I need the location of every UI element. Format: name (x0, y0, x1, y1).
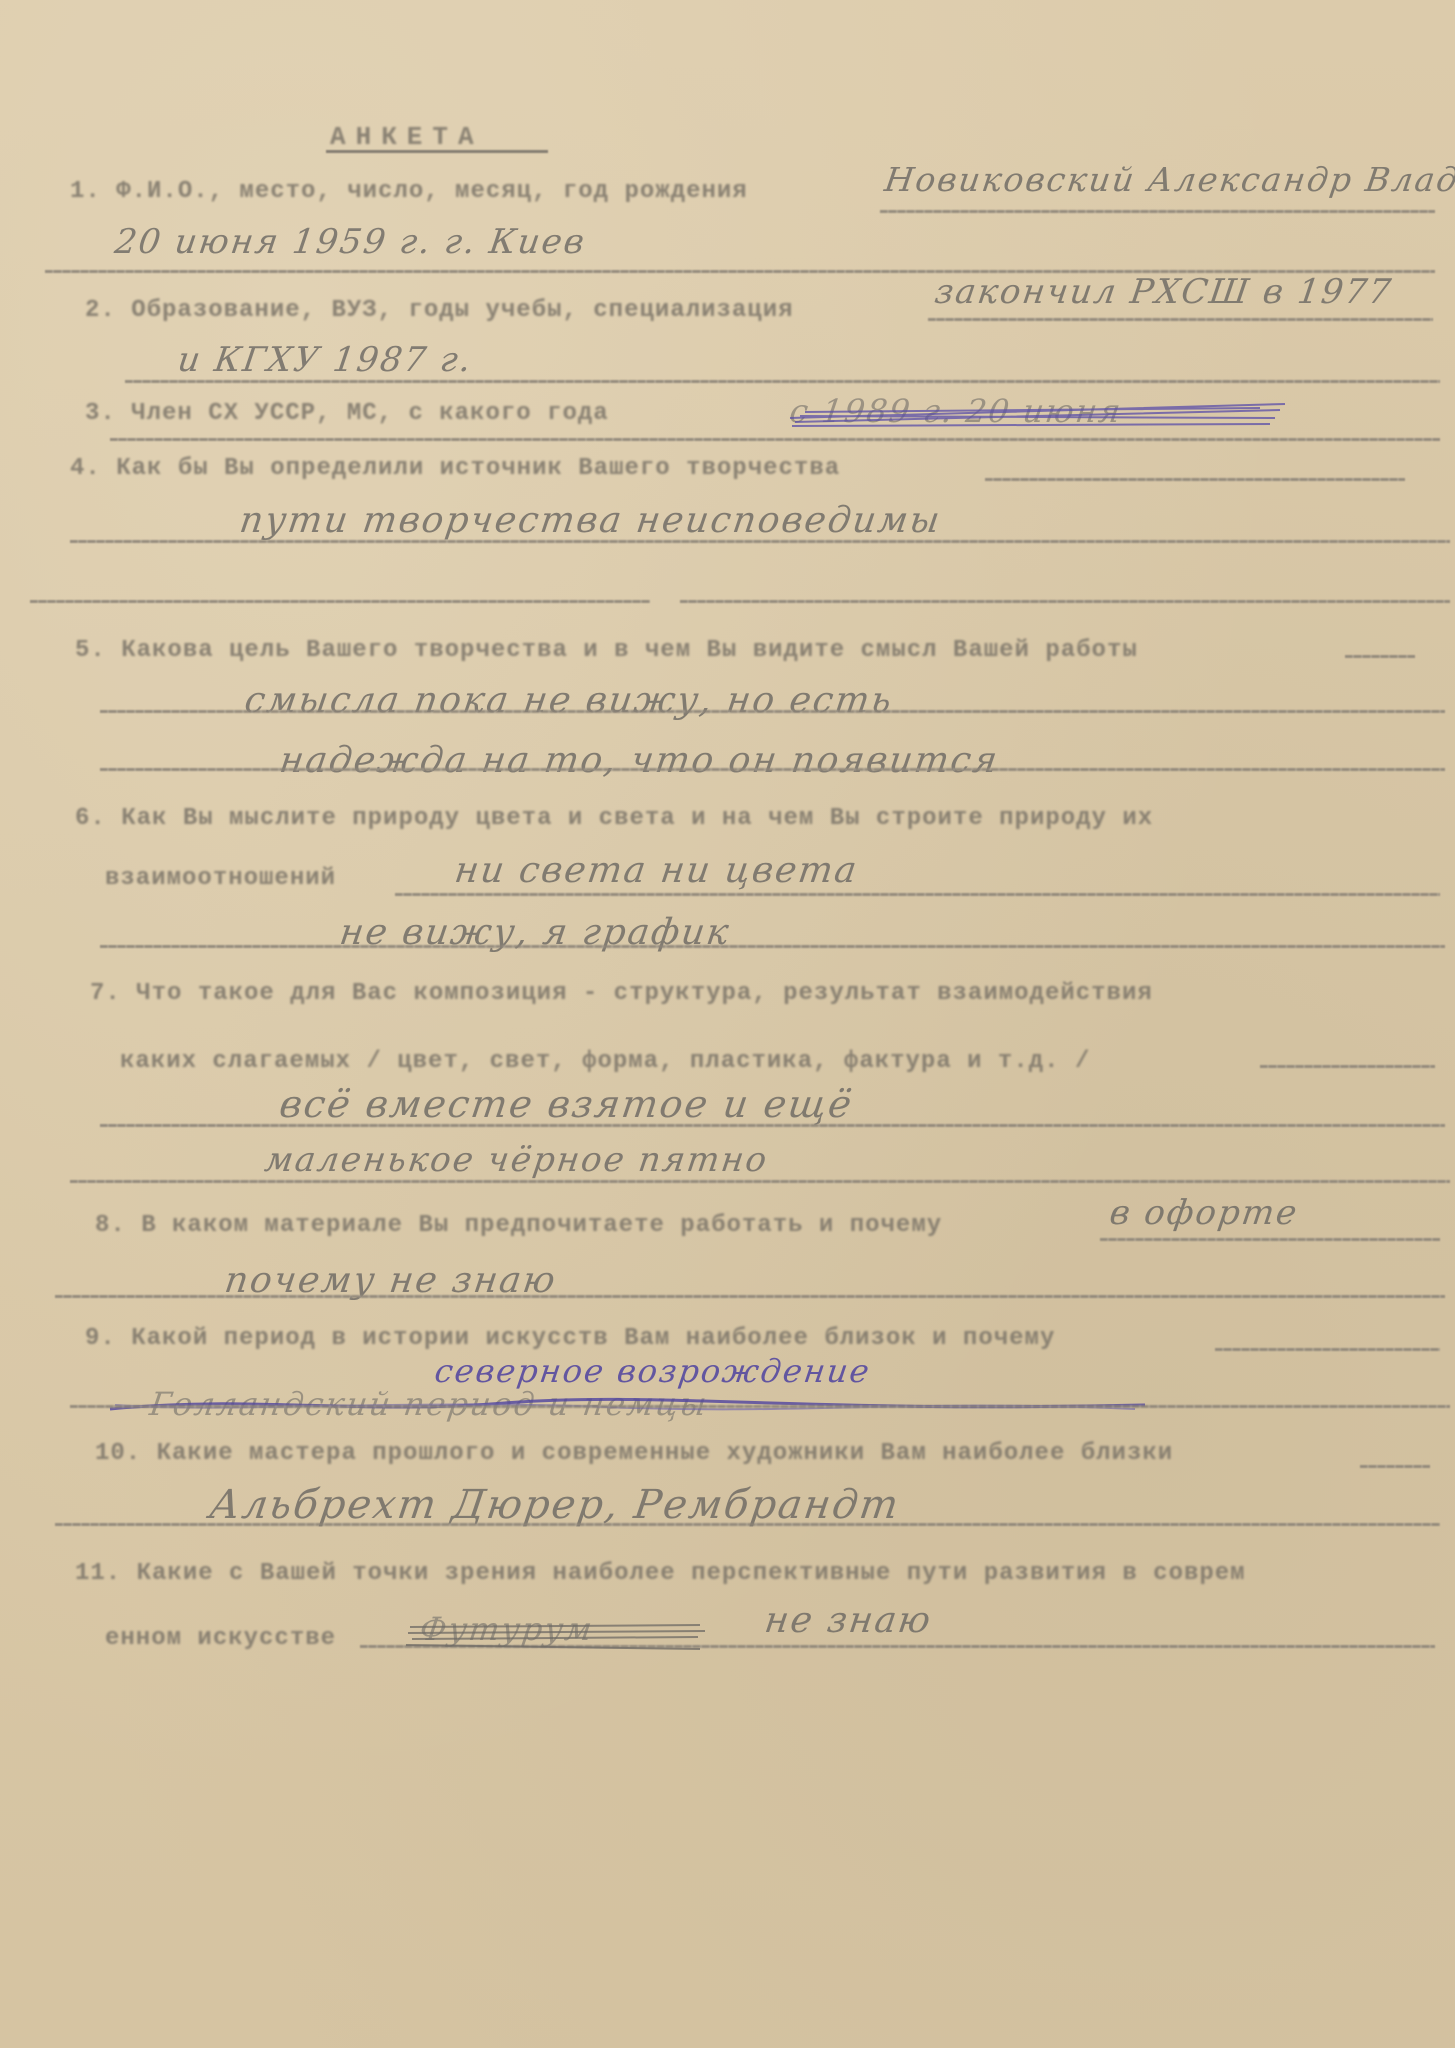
question-7-answer-line-2 (100, 1124, 1445, 1127)
question-7-answer-2: маленькое чёрное пятно (262, 1140, 771, 1180)
question-4-answer-line-2 (70, 540, 1450, 543)
question-1-text: 1. Ф.И.О., место, число, месяц, год рожд… (70, 178, 748, 205)
question-7-answer-1: всё вместе взятое и ещё (277, 1082, 856, 1126)
questionnaire-page: АНКЕТА 1. Ф.И.О., место, число, месяц, г… (0, 0, 1455, 2048)
question-9-answer-line (1215, 1348, 1440, 1351)
question-2-text: 2. Образование, ВУЗ, годы учебы, специал… (85, 297, 794, 324)
question-6-text-1: 6. Как Вы мыслите природу цвета и света … (75, 805, 1153, 832)
question-1-answer-date-place: 20 июня 1959 г. г. Киев (112, 222, 588, 262)
question-9-answer-line-2 (70, 1405, 1450, 1408)
question-5-answer-line-3 (100, 768, 1445, 771)
question-4-text: 4. Как бы Вы определили источник Вашего … (70, 455, 840, 482)
strikethrough-scribble-icon (400, 1605, 720, 1665)
question-10-answer: Альбрехт Дюрер, Рембрандт (207, 1482, 903, 1528)
question-6-answer-line-2 (100, 945, 1445, 948)
question-11-answer: не знаю (762, 1600, 935, 1641)
question-4-answer-line (985, 478, 1405, 481)
question-5-text: 5. Какова цель Вашего творчества и в чем… (75, 637, 1138, 664)
question-9-text: 9. Какой период в истории искусств Вам н… (85, 1325, 1055, 1352)
question-1-answer-line (880, 210, 1435, 213)
question-10-answer-line-2 (55, 1523, 1440, 1526)
question-4-answer-line-3a (30, 600, 650, 603)
question-8-answer-1: в офорте (1107, 1193, 1301, 1233)
question-3-text: 3. Член СХ УССР, МС, с какого года (85, 400, 609, 427)
question-4-answer: пути творчества неисповедимы (237, 500, 944, 541)
question-10-text: 10. Какие мастера прошлого и современные… (95, 1440, 1173, 1467)
question-5-answer-line-2 (100, 710, 1445, 713)
question-4-answer-line-3b (680, 600, 1450, 603)
question-7-text-2: каких слагаемых / цвет, свет, форма, пла… (120, 1048, 1090, 1075)
strikethrough-scribble-icon (780, 390, 1300, 440)
question-2-answer-2: и КГХУ 1987 г. (175, 340, 475, 380)
question-5-answer-1: смысла пока не вижу, но есть (242, 680, 896, 721)
question-2-answer-line-2 (125, 380, 1440, 383)
question-7-answer-line-3 (70, 1180, 1450, 1183)
question-11-text-2: енном искусстве (105, 1625, 336, 1652)
question-7-answer-line (1260, 1065, 1435, 1068)
question-6-answer-line (395, 893, 1440, 896)
question-1-answer-name: Новиковский Александр Владим. (882, 160, 1455, 199)
question-8-text: 8. В каком материале Вы предпочитаете ра… (95, 1212, 942, 1239)
question-10-answer-line (1360, 1465, 1430, 1468)
question-11-text-1: 11. Какие с Вашей точки зрения наиболее … (75, 1560, 1246, 1587)
question-6-answer-1: ни света ни цвета (452, 850, 861, 891)
title-underline (326, 150, 548, 153)
document-title: АНКЕТА (330, 122, 484, 152)
question-7-text-1: 7. Что такое для Вас композиция - структ… (90, 980, 1153, 1007)
question-2-answer-line (928, 318, 1433, 321)
question-6-text-2: взаимоотношений (105, 865, 336, 892)
question-8-answer-line-2 (55, 1295, 1445, 1298)
question-5-answer-line (1345, 655, 1415, 658)
question-8-answer-line (1100, 1238, 1440, 1241)
question-5-answer-2: надежда на то, что он появится (277, 740, 1001, 781)
question-3-answer-line (110, 438, 1440, 441)
question-2-answer-1: закончил РХСШ в 1977 (932, 272, 1395, 312)
